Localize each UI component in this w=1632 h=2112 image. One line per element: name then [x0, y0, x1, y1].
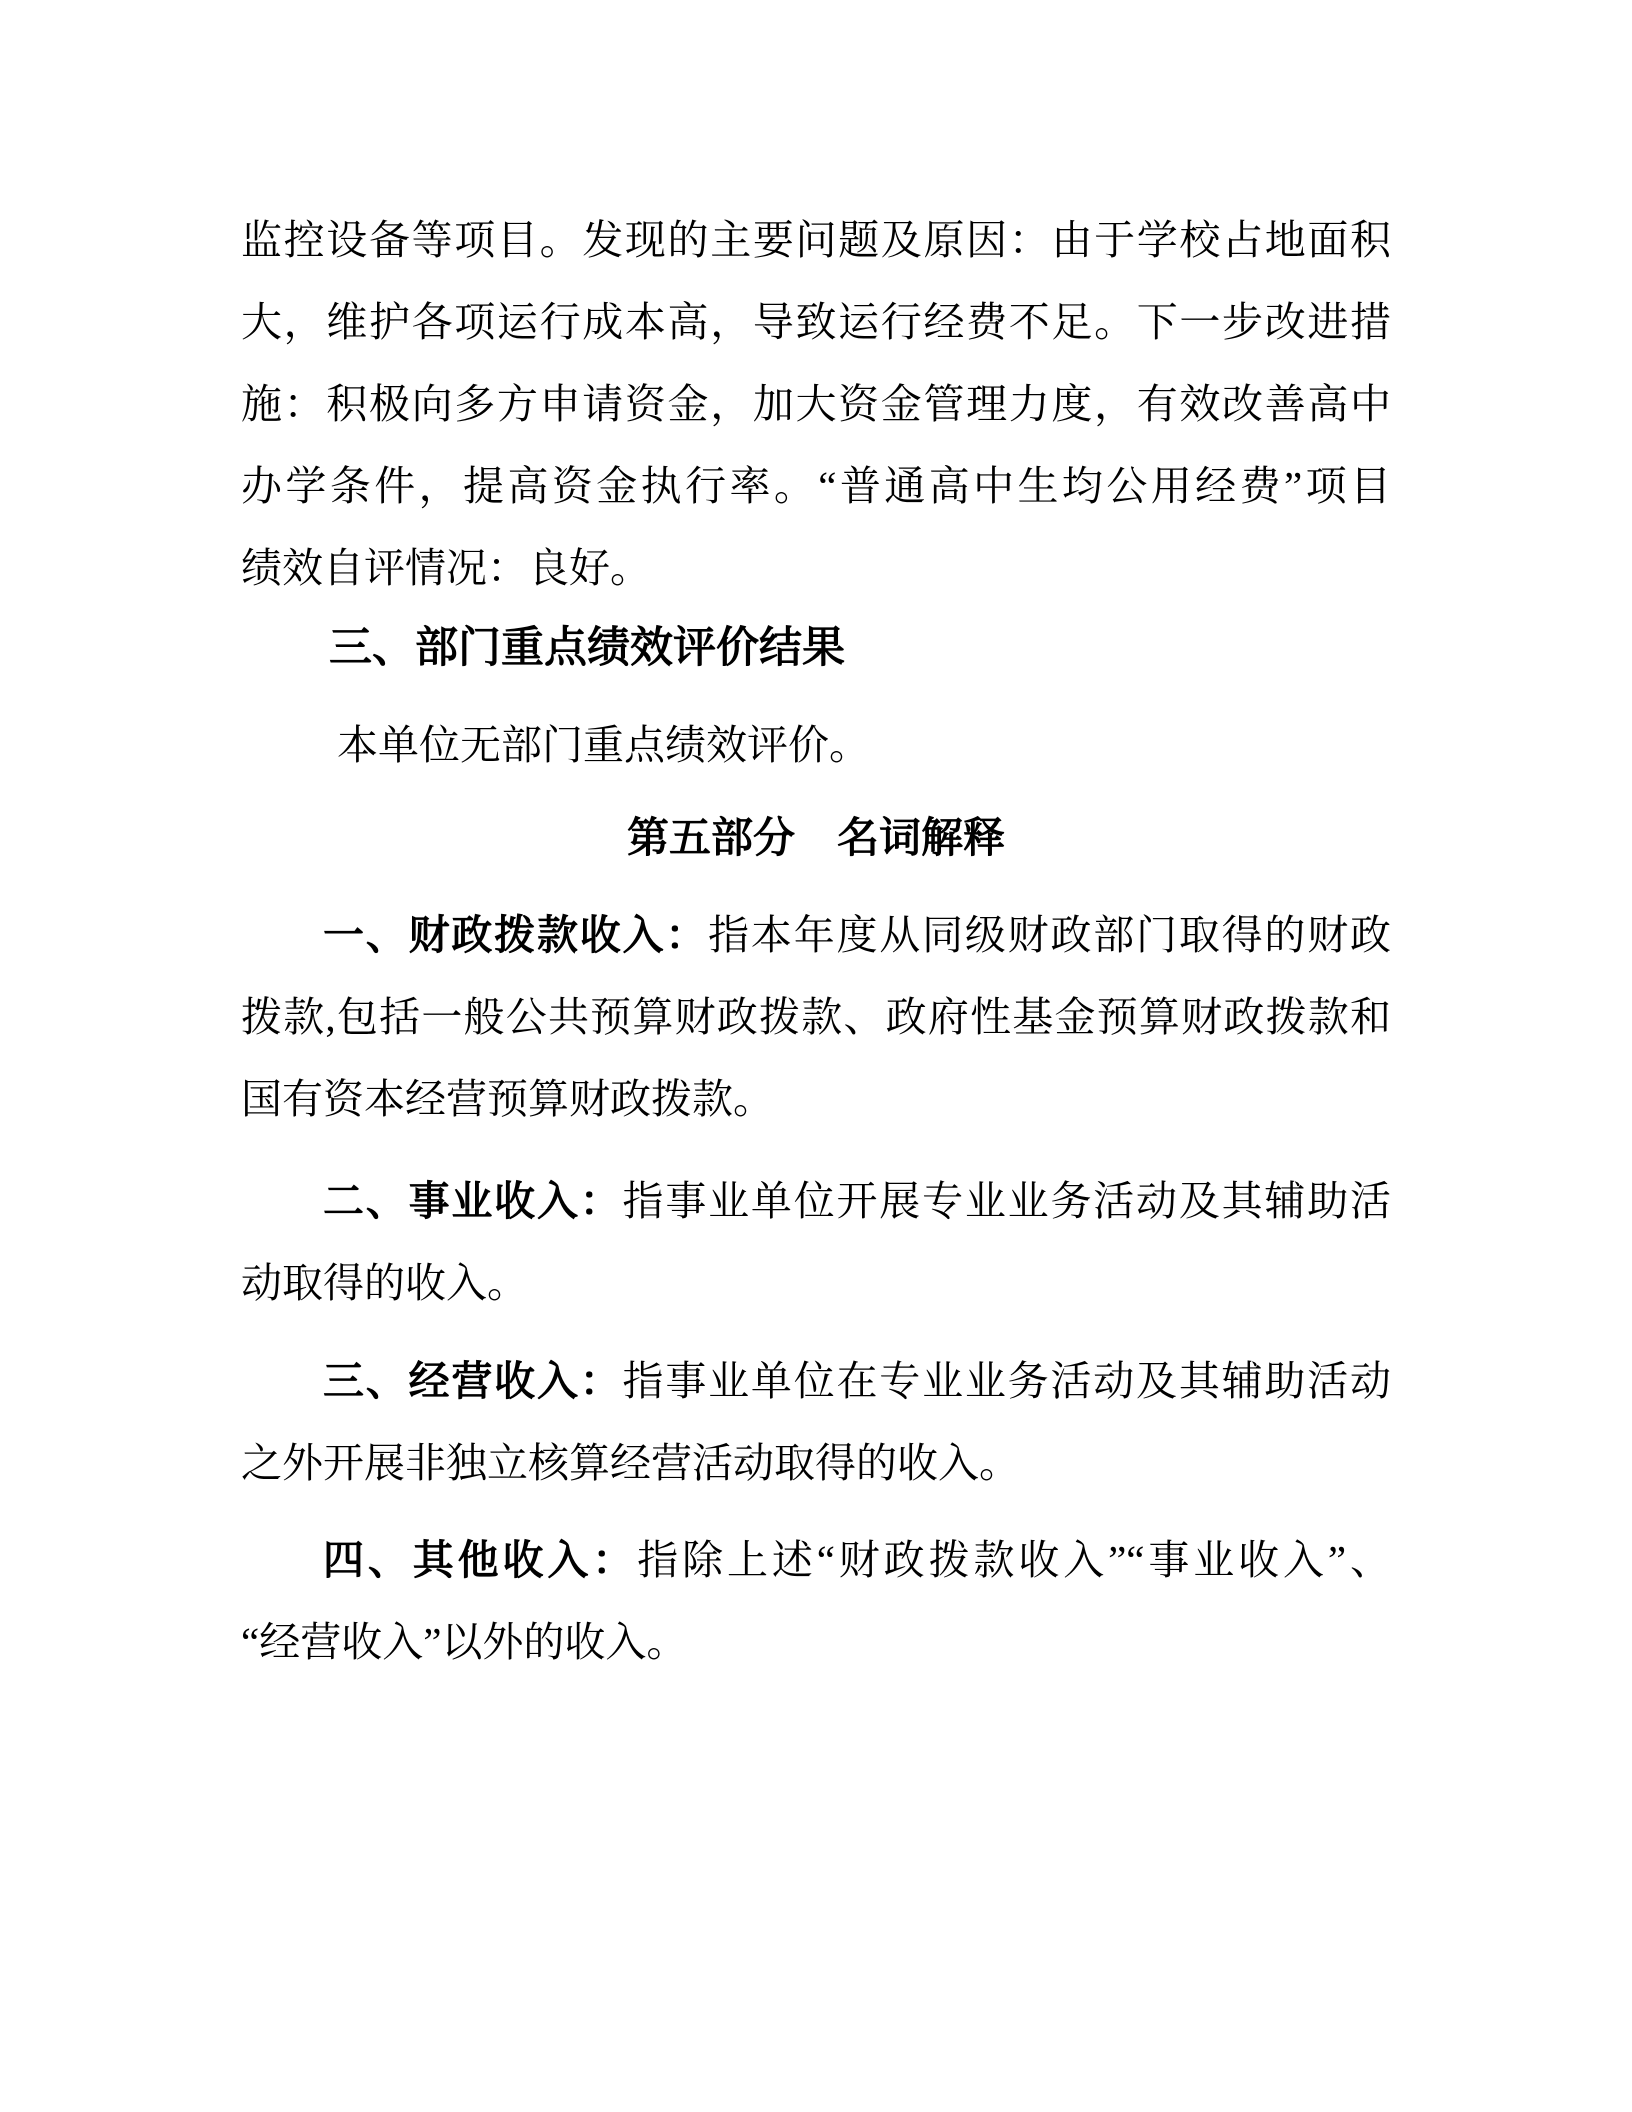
paragraph-line: 办学条件，提高资金执行率。“普通高中生均公用经费”项目 — [241, 445, 1391, 527]
term-label: 三、经营收入： — [323, 1358, 623, 1404]
term-paragraph-2: 二、事业收入：指事业单位开展专业业务活动及其辅助活 动取得的收入。 — [241, 1160, 1391, 1324]
term-definition-start: 指事业单位开展专业业务活动及其辅助活 — [623, 1178, 1391, 1224]
text-content: 监控设备等项目。发现的主要问题及原因：由于学校占地面积 大，维护各项运行成本高，… — [241, 199, 1391, 1683]
paragraph-line: 绩效自评情况：良好。 — [241, 527, 1391, 609]
term-definition-line: 之外开展非独立核算经营活动取得的收入。 — [241, 1422, 1391, 1504]
section3-heading: 三、部门重点绩效评价结果 — [241, 607, 1391, 689]
document-page: 监控设备等项目。发现的主要问题及原因：由于学校占地面积 大，维护各项运行成本高，… — [0, 0, 1632, 2112]
section3-paragraph: 本单位无部门重点绩效评价。 — [241, 704, 1391, 786]
term-label: 四、其他收入： — [323, 1537, 637, 1583]
term-definition-start: 指除上述“财政拨款收入”“事业收入”、 — [637, 1537, 1391, 1583]
term-paragraph-3: 三、经营收入：指事业单位在专业业务活动及其辅助活动 之外开展非独立核算经营活动取… — [241, 1340, 1391, 1504]
term-definition-line: “经营收入”以外的收入。 — [241, 1601, 1391, 1683]
term-definition-line: 拨款,包括一般公共预算财政拨款、政府性基金预算财政拨款和 — [241, 976, 1391, 1058]
term-first-line: 三、经营收入：指事业单位在专业业务活动及其辅助活动 — [241, 1340, 1391, 1422]
term-first-line: 二、事业收入：指事业单位开展专业业务活动及其辅助活 — [241, 1160, 1391, 1242]
term-definition-start: 指事业单位在专业业务活动及其辅助活动 — [623, 1358, 1391, 1404]
term-label: 二、事业收入： — [323, 1178, 623, 1224]
term-definition-start: 指本年度从同级财政部门取得的财政 — [708, 912, 1391, 958]
paragraph-line: 监控设备等项目。发现的主要问题及原因：由于学校占地面积 — [241, 199, 1391, 281]
term-label: 一、财政拨款收入： — [323, 912, 708, 958]
term-paragraph-1: 一、财政拨款收入：指本年度从同级财政部门取得的财政 拨款,包括一般公共预算财政拨… — [241, 894, 1391, 1140]
term-first-line: 一、财政拨款收入：指本年度从同级财政部门取得的财政 — [241, 894, 1391, 976]
paragraph-line: 施：积极向多方申请资金，加大资金管理力度，有效改善高中 — [241, 363, 1391, 445]
term-definition-line: 动取得的收入。 — [241, 1242, 1391, 1324]
term-definition-line: 国有资本经营预算财政拨款。 — [241, 1058, 1391, 1140]
continued-paragraph: 监控设备等项目。发现的主要问题及原因：由于学校占地面积 大，维护各项运行成本高，… — [241, 199, 1391, 609]
part5-heading: 第五部分 名词解释 — [241, 798, 1391, 880]
term-first-line: 四、其他收入：指除上述“财政拨款收入”“事业收入”、 — [241, 1519, 1391, 1601]
term-paragraph-4: 四、其他收入：指除上述“财政拨款收入”“事业收入”、 “经营收入”以外的收入。 — [241, 1519, 1391, 1683]
paragraph-line: 大，维护各项运行成本高，导致运行经费不足。下一步改进措 — [241, 281, 1391, 363]
